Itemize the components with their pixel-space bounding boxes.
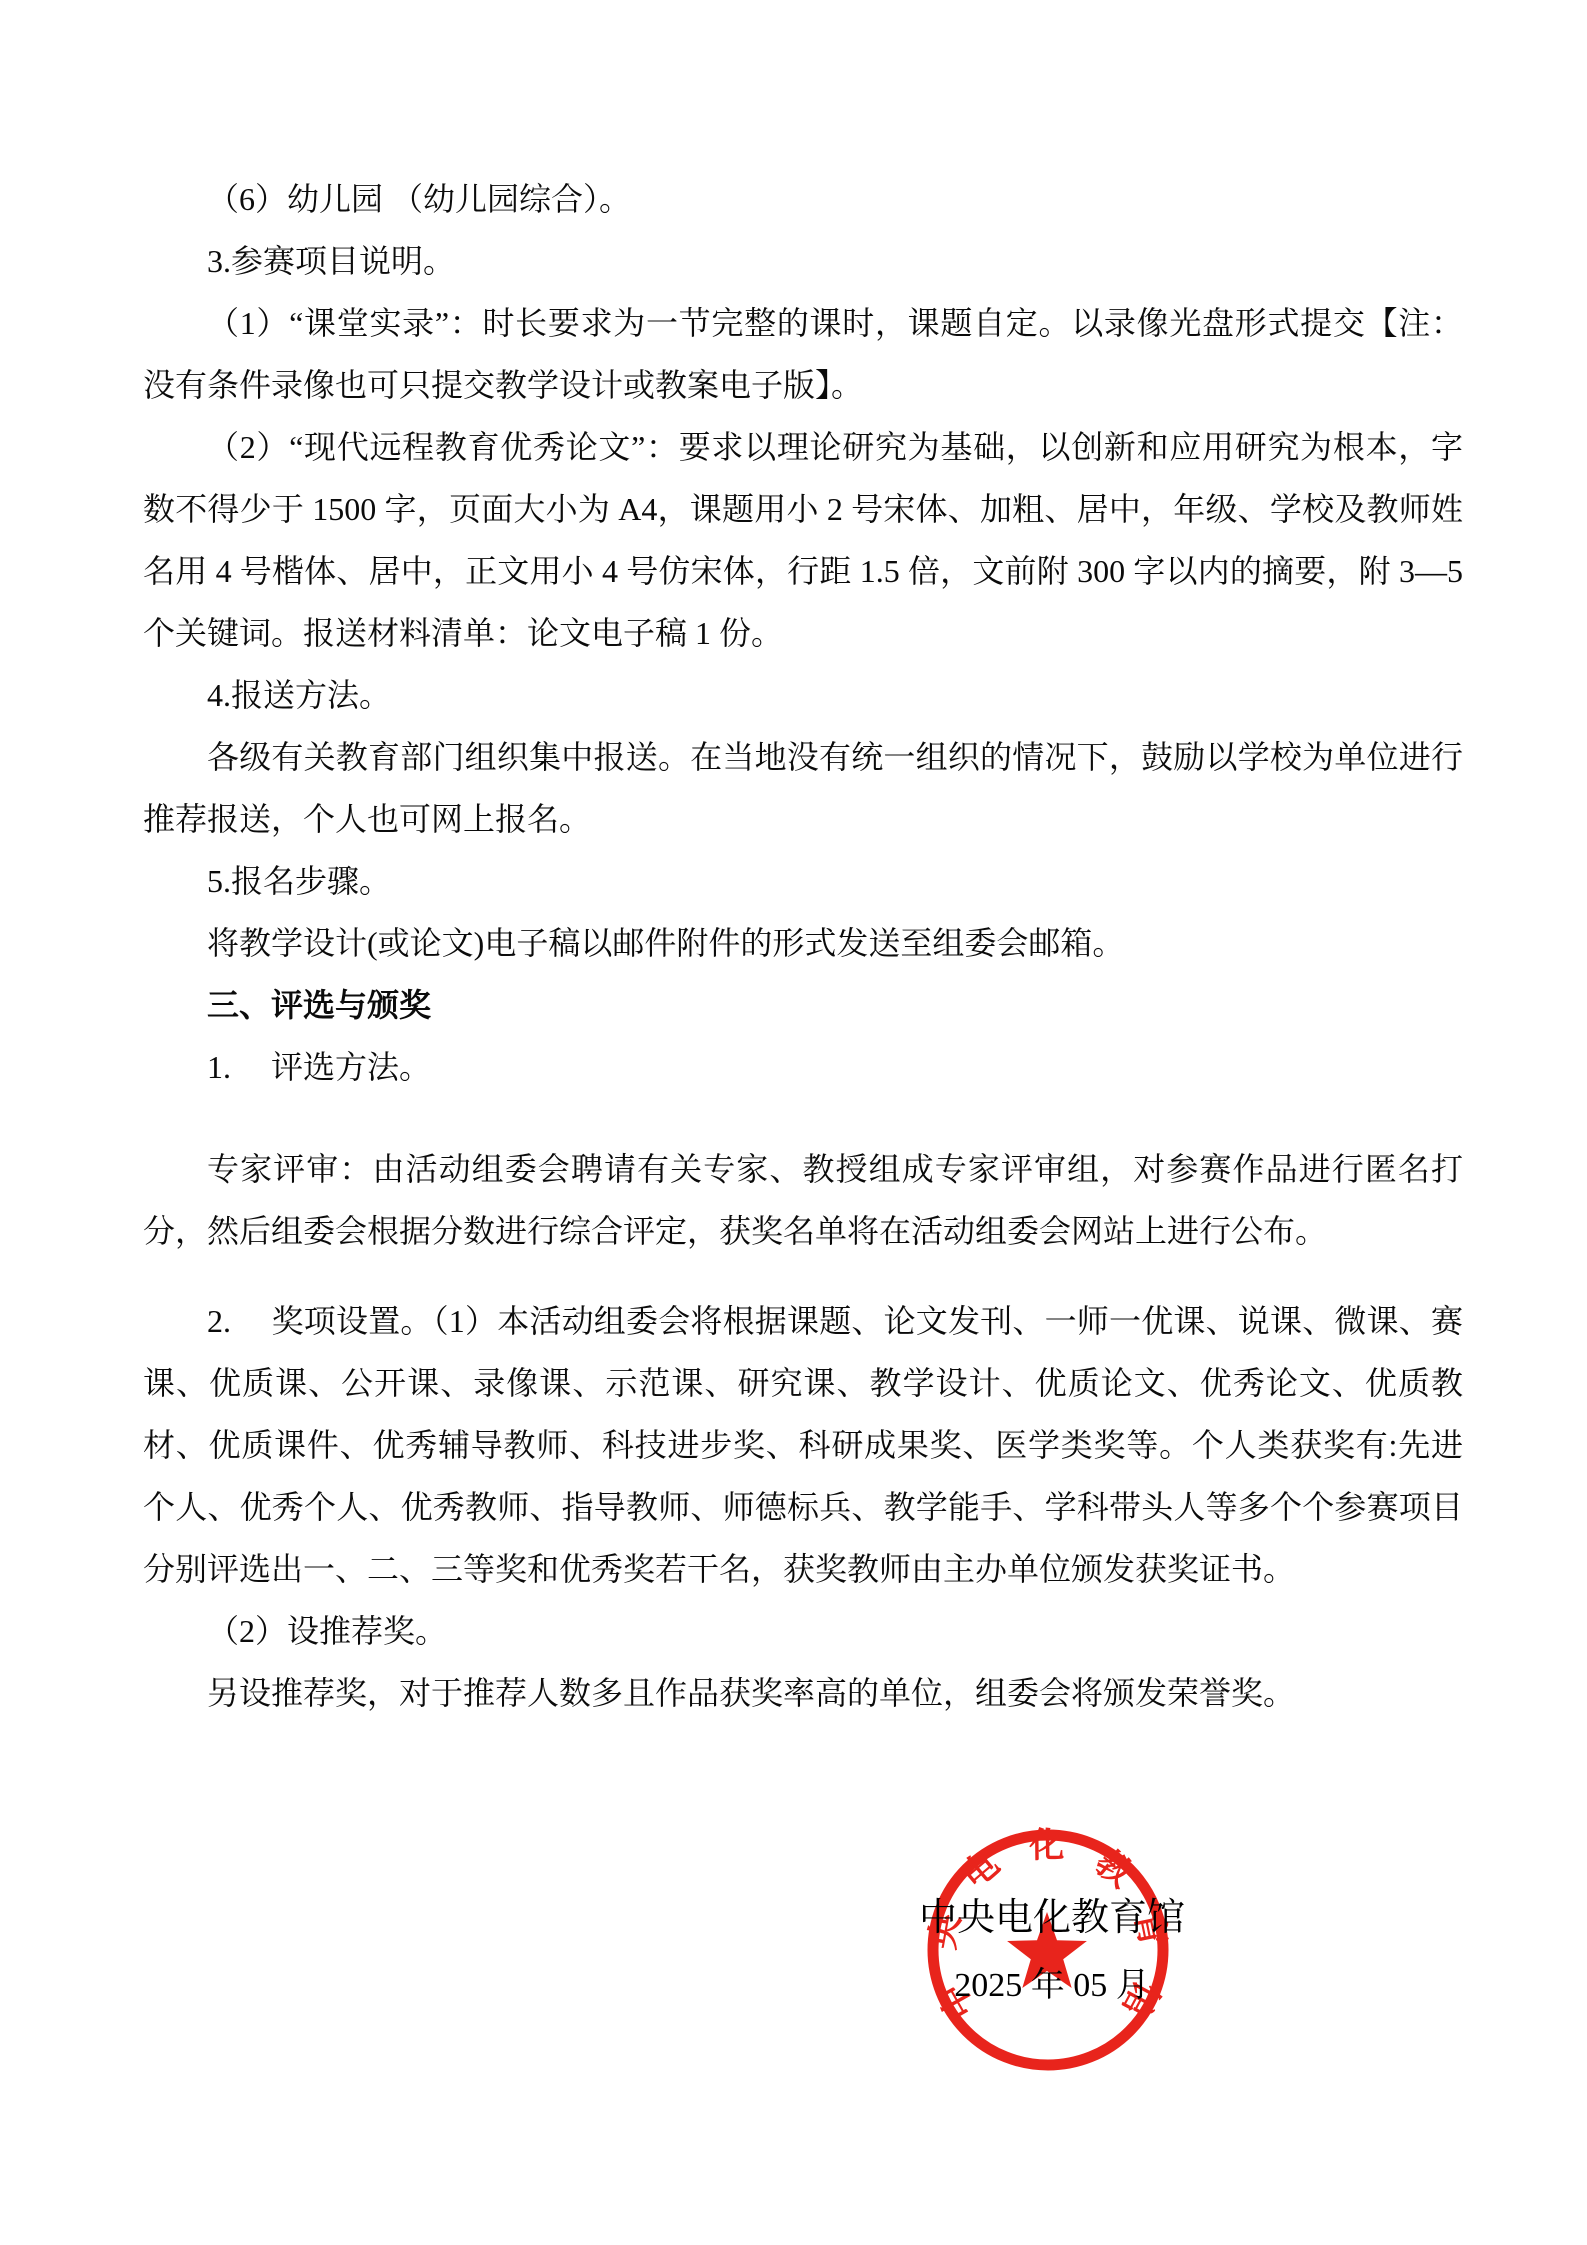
seal-org-name: 中央电化教育馆 (752, 1896, 1352, 1940)
paragraph: 1. 评选方法。 (143, 1036, 1463, 1098)
paragraph: 3.参赛项目说明。 (143, 230, 1463, 292)
section-heading: 三、评选与颁奖 (143, 974, 1463, 1036)
paragraph: 2. 奖项设置。（1）本活动组委会将根据课题、论文发刊、一师一优课、说课、微课、… (143, 1290, 1463, 1600)
paragraph: 5.报名步骤。 (143, 850, 1463, 912)
seal-graphic: 中央电化教育馆 (912, 1816, 1188, 2084)
document-body: （6）幼儿园 （幼儿园综合）。 3.参赛项目说明。 （1）“课堂实录”：时长要求… (143, 168, 1463, 1724)
seal-date: 2025 年 05 月 (752, 1966, 1352, 2006)
paragraph: 将教学设计(或论文)电子稿以邮件附件的形式发送至组委会邮箱。 (143, 912, 1463, 974)
paragraph: 各级有关教育部门组织集中报送。在当地没有统一组织的情况下，鼓励以学校为单位进行推… (143, 726, 1463, 850)
paragraph: （2）设推荐奖。 (143, 1600, 1463, 1662)
paragraph: （2）“现代远程教育优秀论文”：要求以理论研究为基础，以创新和应用研究为根本，字… (143, 416, 1463, 664)
paragraph: 专家评审：由活动组委会聘请有关专家、教授组成专家评审组，对参赛作品进行匿名打分，… (143, 1138, 1463, 1262)
paragraph: 4.报送方法。 (143, 664, 1463, 726)
document-page: （6）幼儿园 （幼儿园综合）。 3.参赛项目说明。 （1）“课堂实录”：时长要求… (0, 0, 1587, 2245)
paragraph: （6）幼儿园 （幼儿园综合）。 (143, 168, 1463, 230)
paragraph: （1）“课堂实录”：时长要求为一节完整的课时，课题自定。以录像光盘形式提交【注：… (143, 292, 1463, 416)
paragraph: 另设推荐奖，对于推荐人数多且作品获奖率高的单位，组委会将颁发荣誉奖。 (143, 1662, 1463, 1724)
official-seal: 中央电化教育馆 中央电化教育馆 2025 年 05 月 (912, 1816, 1188, 2084)
